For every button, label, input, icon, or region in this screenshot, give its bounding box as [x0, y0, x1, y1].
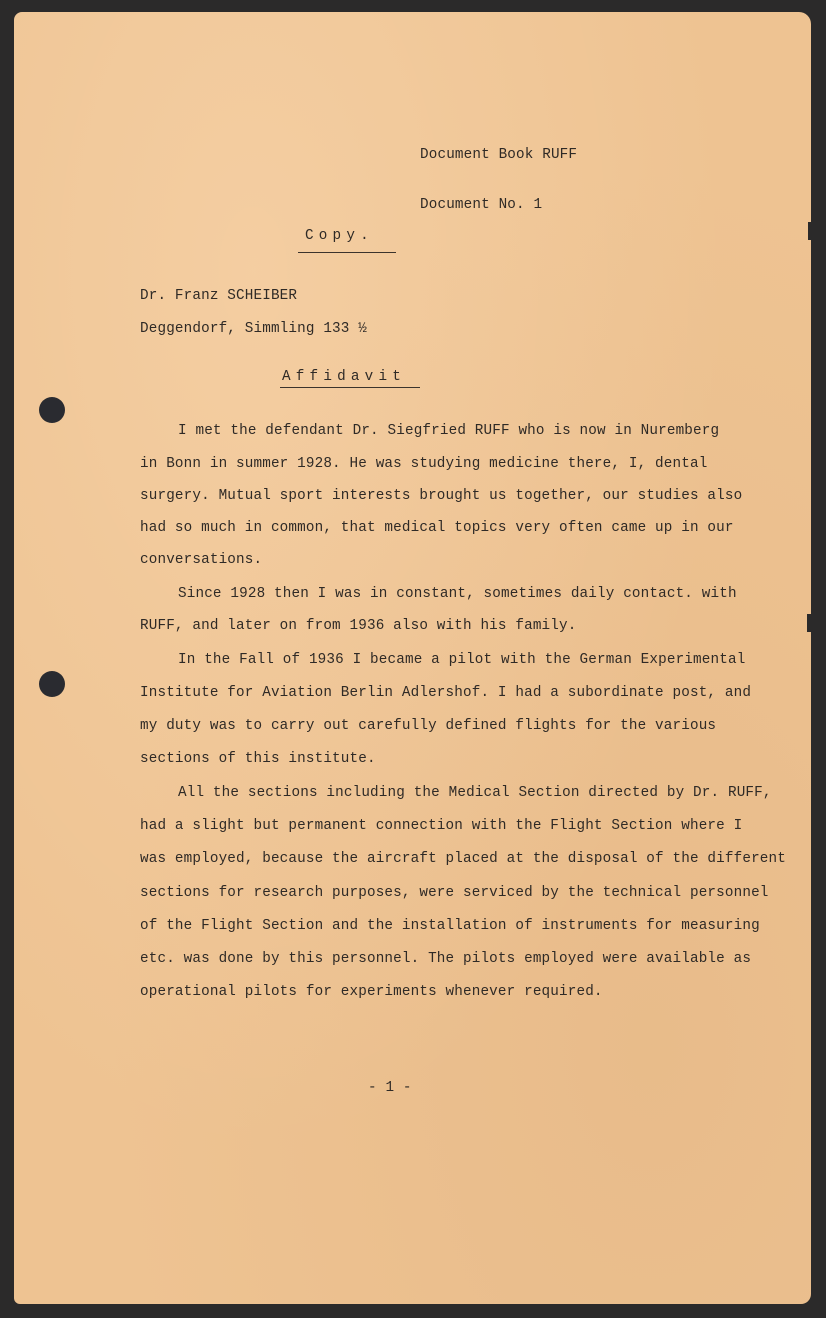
body-line: sections of this institute. — [140, 752, 376, 766]
body-line: Since 1928 then I was in constant, somet… — [178, 587, 737, 601]
body-line: conversations. — [140, 553, 262, 567]
body-line: operational pilots for experiments whene… — [140, 985, 603, 999]
document-book-label: Document Book RUFF — [420, 148, 577, 162]
punch-hole-top — [39, 397, 65, 423]
copy-label: Copy. — [305, 229, 374, 243]
affidavit-underline — [280, 387, 420, 388]
body-line: surgery. Mutual sport interests brought … — [140, 489, 742, 503]
affidavit-title: Affidavit — [282, 370, 406, 384]
copy-underline — [298, 252, 396, 253]
body-line: etc. was done by this personnel. The pil… — [140, 952, 751, 966]
body-line: sections for research purposes, were ser… — [140, 886, 769, 900]
body-line: my duty was to carry out carefully defin… — [140, 719, 716, 733]
edge-notch — [808, 222, 814, 240]
body-line: In the Fall of 1936 I became a pilot wit… — [178, 653, 745, 667]
document-page: Document Book RUFF Document No. 1 Copy. … — [14, 12, 811, 1304]
document-number: Document No. 1 — [420, 198, 542, 212]
edge-notch — [807, 614, 813, 632]
page-number: - 1 - — [368, 1081, 412, 1095]
punch-hole-bottom — [39, 671, 65, 697]
affiant-address: Deggendorf, Simmling 133 ½ — [140, 322, 367, 336]
body-line: Institute for Aviation Berlin Adlershof.… — [140, 686, 751, 700]
body-line: was employed, because the aircraft place… — [140, 852, 786, 866]
body-line: in Bonn in summer 1928. He was studying … — [140, 457, 707, 471]
body-line: had so much in common, that medical topi… — [140, 521, 734, 535]
body-line: I met the defendant Dr. Siegfried RUFF w… — [178, 424, 719, 438]
body-line: had a slight but permanent connection wi… — [140, 819, 742, 833]
body-line: All the sections including the Medical S… — [178, 786, 772, 800]
body-line: RUFF, and later on from 1936 also with h… — [140, 619, 576, 633]
body-line: of the Flight Section and the installati… — [140, 919, 760, 933]
affiant-name: Dr. Franz SCHEIBER — [140, 289, 297, 303]
